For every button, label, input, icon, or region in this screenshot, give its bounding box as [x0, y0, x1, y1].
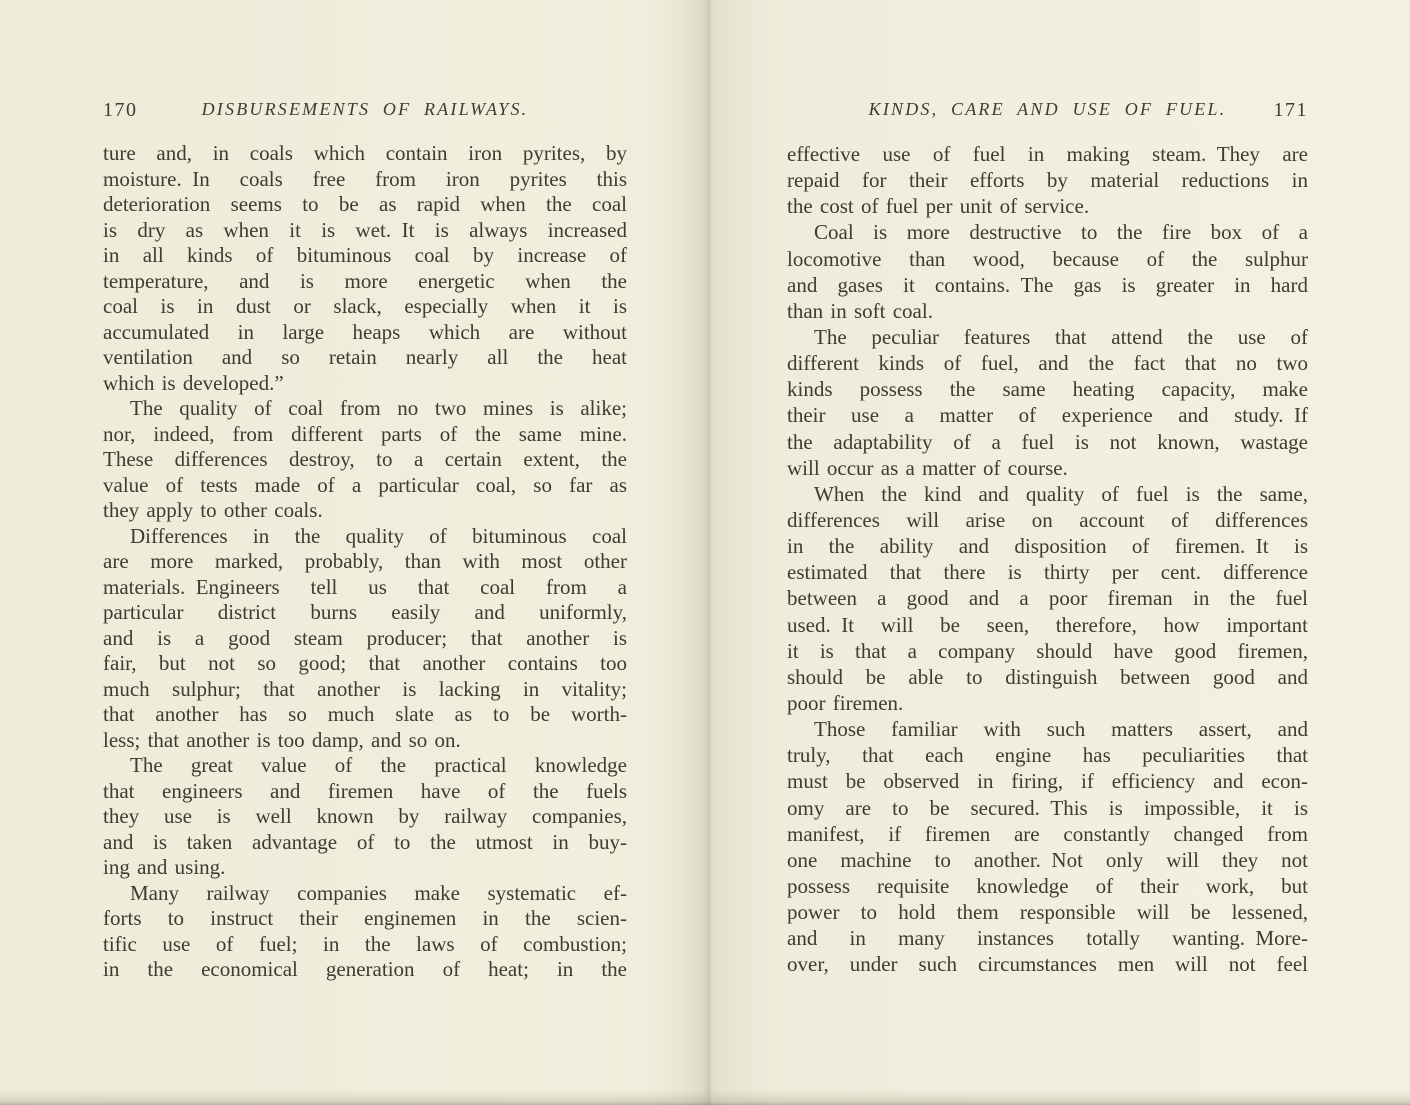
page-body-right: effective use of fuel in making steam. T… [787, 141, 1308, 978]
text-line: than in soft coal. [787, 298, 1308, 324]
text-line: must be observed in firing, if efficienc… [787, 768, 1308, 794]
page-body-left: ture and, in coals which contain iron py… [103, 141, 627, 983]
text-line: that engineers and firemen have of the f… [103, 779, 627, 805]
text-line: and is a good steam producer; that anoth… [103, 626, 627, 652]
text-line: and in many instances totally wanting. M… [787, 925, 1308, 951]
text-line: power to hold them responsible will be l… [787, 899, 1308, 925]
text-line: their use a matter of experience and stu… [787, 402, 1308, 428]
text-line: differences will arise on account of dif… [787, 507, 1308, 533]
page-bottom-edge-shadow [0, 1089, 1410, 1105]
text-line: Coal is more destructive to the fire box… [787, 219, 1308, 245]
text-line: Many railway companies make systematic e… [103, 881, 627, 907]
text-line: Differences in the quality of bituminous… [103, 524, 627, 550]
text-line: ventilation and so retain nearly all the… [103, 345, 627, 371]
text-line: poor firemen. [787, 690, 1308, 716]
text-line: is dry as when it is wet. It is always i… [103, 218, 627, 244]
paragraph: When the kind and quality of fuel is the… [787, 481, 1308, 716]
text-line: are more marked, probably, than with mos… [103, 549, 627, 575]
text-line: different kinds of fuel, and the fact th… [787, 350, 1308, 376]
text-line: in the ability and disposition of fireme… [787, 533, 1308, 559]
text-line: fair, but not so good; that another cont… [103, 651, 627, 677]
text-line: ture and, in coals which contain iron py… [103, 141, 627, 167]
paragraph: Those familiar with such matters assert,… [787, 716, 1308, 977]
page-number-right: 171 [1274, 99, 1309, 122]
text-line: estimated that there is thirty per cent.… [787, 559, 1308, 585]
text-line: The quality of coal from no two mines is… [103, 396, 627, 422]
text-line: locomotive than wood, because of the sul… [787, 246, 1308, 272]
text-line: they apply to other coals. [103, 498, 627, 524]
text-line: forts to instruct their enginemen in the… [103, 906, 627, 932]
page-number-left: 170 [103, 99, 138, 122]
running-head-right: KINDS, CARE AND USE OF FUEL. 171 [787, 99, 1308, 123]
text-line: that another has so much slate as to be … [103, 702, 627, 728]
text-line: accumulated in large heaps which are wit… [103, 320, 627, 346]
text-line: they use is well known by railway compan… [103, 804, 627, 830]
text-line: it is that a company should have good fi… [787, 638, 1308, 664]
text-line: temperature, and is more energetic when … [103, 269, 627, 295]
paragraph: The peculiar features that attend the us… [787, 324, 1308, 481]
text-line: effective use of fuel in making steam. T… [787, 141, 1308, 167]
text-line: When the kind and quality of fuel is the… [787, 481, 1308, 507]
text-line: and is taken advantage of to the utmost … [103, 830, 627, 856]
paragraph: Differences in the quality of bituminous… [103, 524, 627, 754]
paragraph: Many railway companies make systematic e… [103, 881, 627, 983]
gutter-fold-shadow [652, 0, 772, 1105]
text-line: The peculiar features that attend the us… [787, 324, 1308, 350]
text-line: much sulphur; that another is lacking in… [103, 677, 627, 703]
text-line: less; that another is too damp, and so o… [103, 728, 627, 754]
text-line: the cost of fuel per unit of service. [787, 193, 1308, 219]
text-line: These differences destroy, to a certain … [103, 447, 627, 473]
text-line: between a good and a poor fireman in the… [787, 585, 1308, 611]
text-line: in the economical generation of heat; in… [103, 957, 627, 983]
text-line: nor, indeed, from different parts of the… [103, 422, 627, 448]
text-line: value of tests made of a particular coal… [103, 473, 627, 499]
running-head-right-title: KINDS, CARE AND USE OF FUEL. [787, 99, 1308, 120]
text-line: Those familiar with such matters assert,… [787, 716, 1308, 742]
text-line: should be able to distinguish between go… [787, 664, 1308, 690]
book-spread-scan: 170 DISBURSEMENTS OF RAILWAYS. ture and,… [0, 0, 1410, 1105]
text-line: over, under such circumstances men will … [787, 951, 1308, 977]
text-line: repaid for their efforts by material red… [787, 167, 1308, 193]
text-line: used. It will be seen, therefore, how im… [787, 612, 1308, 638]
text-line: which is developed.” [103, 371, 627, 397]
text-line: materials. Engineers tell us that coal f… [103, 575, 627, 601]
text-line: particular district burns easily and uni… [103, 600, 627, 626]
paragraph: The quality of coal from no two mines is… [103, 396, 627, 524]
text-line: in all kinds of bituminous coal by incre… [103, 243, 627, 269]
text-line: moisture. In coals free from iron pyrite… [103, 167, 627, 193]
text-line: will occur as a matter of course. [787, 455, 1308, 481]
text-line: the adaptability of a fuel is not known,… [787, 429, 1308, 455]
paragraph: The great value of the practical knowled… [103, 753, 627, 881]
paragraph: Coal is more destructive to the fire box… [787, 219, 1308, 324]
text-line: one machine to another. Not only will th… [787, 847, 1308, 873]
text-line: manifest, if firemen are constantly chan… [787, 821, 1308, 847]
running-head-left-title: DISBURSEMENTS OF RAILWAYS. [103, 99, 627, 120]
text-line: deterioration seems to be as rapid when … [103, 192, 627, 218]
text-line: kinds possess the same heating capacity,… [787, 376, 1308, 402]
text-line: The great value of the practical knowled… [103, 753, 627, 779]
running-head-left: 170 DISBURSEMENTS OF RAILWAYS. [103, 99, 627, 123]
text-line: omy are to be secured. This is impossibl… [787, 795, 1308, 821]
paragraph: effective use of fuel in making steam. T… [787, 141, 1308, 219]
text-line: ing and using. [103, 855, 627, 881]
text-line: possess requisite knowledge of their wor… [787, 873, 1308, 899]
text-line: tific use of fuel; in the laws of combus… [103, 932, 627, 958]
paragraph: ture and, in coals which contain iron py… [103, 141, 627, 396]
text-line: truly, that each engine has peculiaritie… [787, 742, 1308, 768]
text-line: coal is in dust or slack, especially whe… [103, 294, 627, 320]
text-line: and gases it contains. The gas is greate… [787, 272, 1308, 298]
